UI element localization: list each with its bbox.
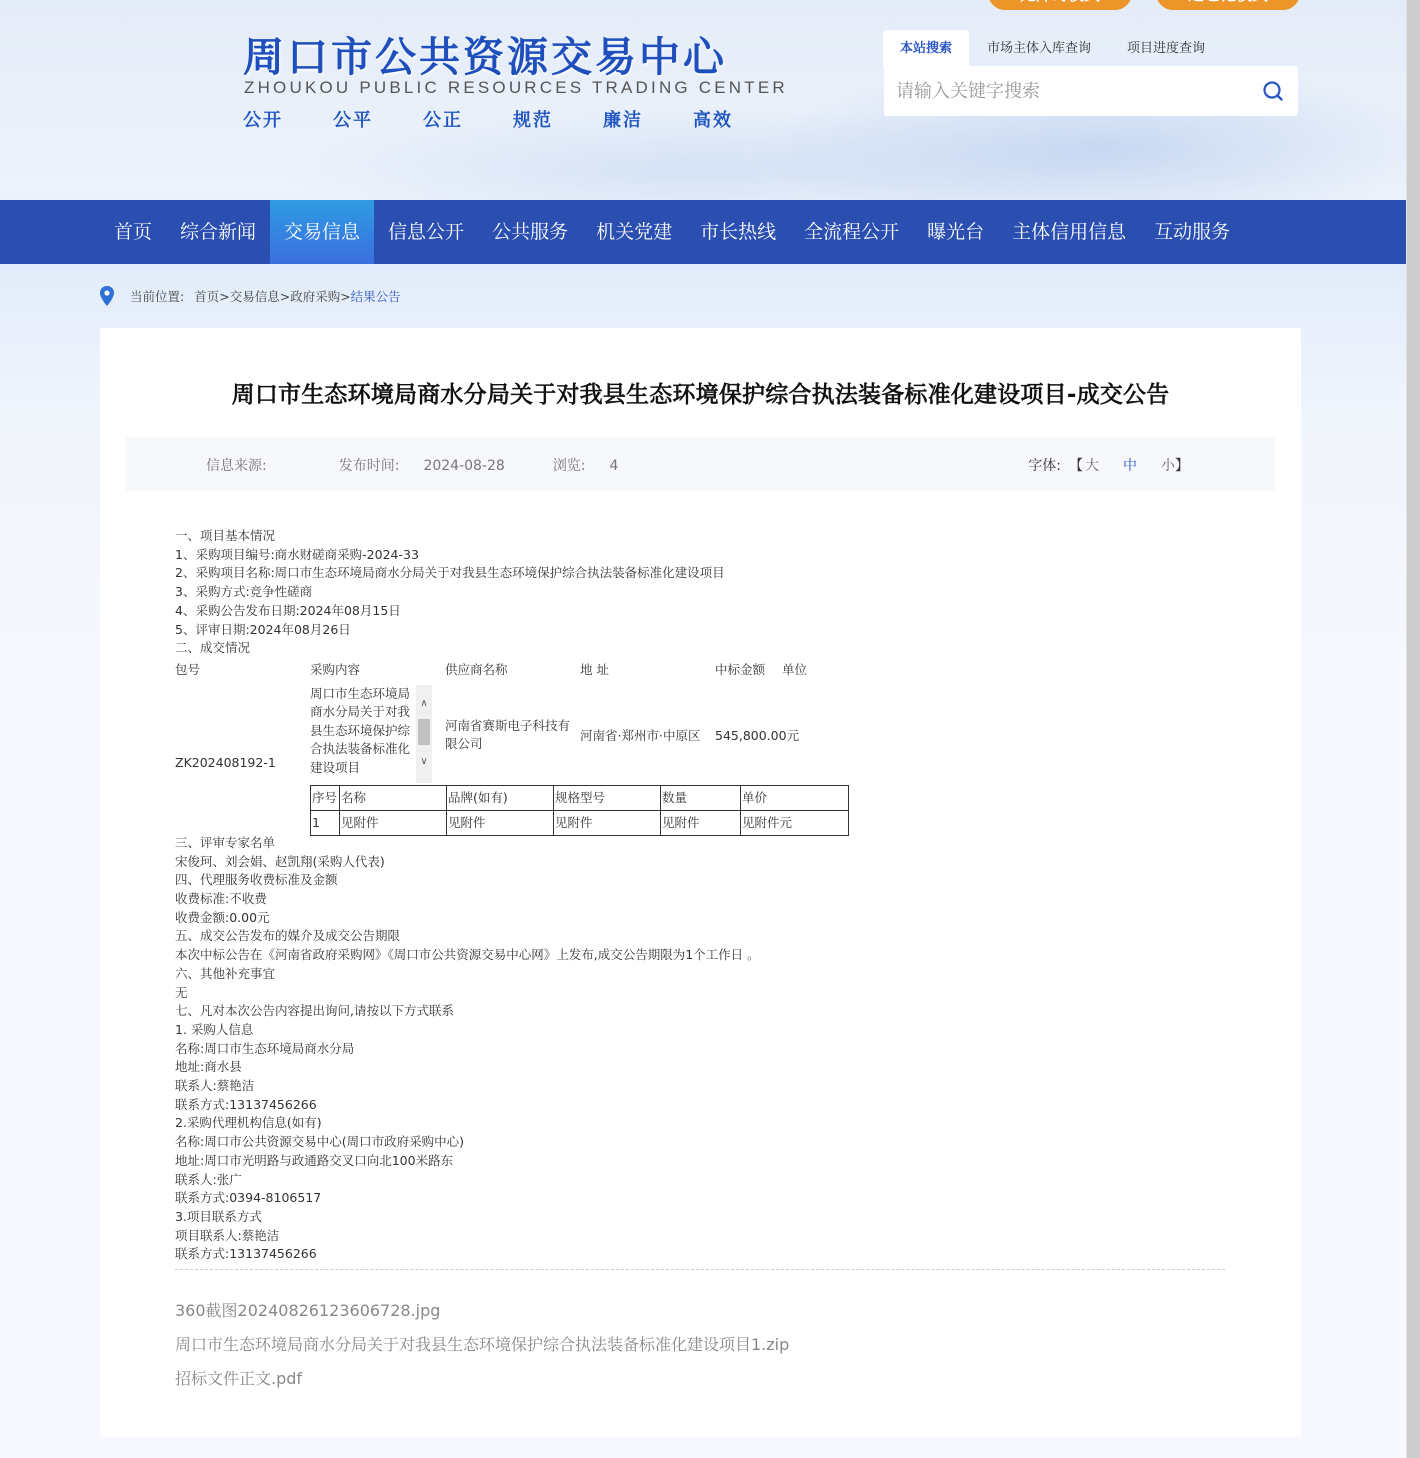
content-line: 项目联系人:蔡艳洁: [175, 1227, 1225, 1246]
content-line: 3.项目联系方式: [175, 1208, 1225, 1227]
scroll-up-icon[interactable]: ∧: [418, 697, 430, 711]
nav-public-service[interactable]: 公共服务: [478, 200, 582, 264]
slogan-item: 廉洁: [603, 106, 693, 132]
procurement-content: 周口市生态环境局商水分局关于对我县生态环境保护综合执法装备标准化建设项目: [310, 685, 414, 778]
deal-amount: 545,800.00元: [715, 727, 799, 746]
slogan-item: 公开: [243, 106, 333, 132]
search-box: [884, 66, 1298, 116]
attachment-link[interactable]: 360截图20240826123606728.jpg: [175, 1300, 789, 1334]
nav-news[interactable]: 综合新闻: [166, 200, 270, 264]
attachment-link[interactable]: 周口市生态环境局商水分局关于对我县生态环境保护综合执法装备标准化建设项目1.zi…: [175, 1334, 789, 1368]
article-card: 周口市生态环境局商水分局关于对我县生态环境保护综合执法装备标准化建设项目-成交公…: [100, 328, 1301, 1437]
tab-market-entity-query[interactable]: 市场主体入库查询: [969, 30, 1109, 66]
content-line: 3、采购方式:竞争性磋商: [175, 583, 1225, 602]
content-line: 名称:周口市公共资源交易中心(周口市政府采购中心): [175, 1133, 1225, 1152]
font-size-small[interactable]: 小: [1161, 455, 1175, 475]
source-label: 信息来源:: [206, 455, 315, 475]
breadcrumb-gov-procurement[interactable]: 政府采购>: [290, 287, 350, 305]
nav-trading-info[interactable]: 交易信息: [270, 200, 374, 264]
font-size-medium[interactable]: 中: [1123, 455, 1137, 475]
content-line: 联系方式:13137456266: [175, 1245, 1225, 1264]
content-line: 2、采购项目名称:周口市生态环境局商水分局关于对我县生态环境保护综合执法装备标准…: [175, 564, 1225, 583]
content-line: 5、评审日期:2024年08月26日: [175, 621, 1225, 640]
nav-credit-info[interactable]: 主体信用信息: [998, 200, 1140, 264]
items-table: 序号 名称 品牌(如有) 规格型号 数量 单价 1 见附件 见附件 见附件 见附…: [310, 785, 849, 836]
content-line: 1、采购项目编号:商水财磋商采购-2024-33: [175, 546, 1225, 565]
breadcrumb-label: 当前位置:: [130, 287, 184, 305]
content-line: 宋俊珂、刘会娟、赵凯翔(采购人代表): [175, 853, 1225, 872]
search-icon[interactable]: [1262, 80, 1284, 102]
main-nav: 首页 综合新闻 交易信息 信息公开 公共服务 机关党建 市长热线 全流程公开 曝…: [0, 200, 1406, 264]
col-content: 采购内容: [310, 661, 360, 680]
col-amount: 中标金额: [715, 661, 765, 680]
content-line: 联系方式:0394-8106517: [175, 1189, 1225, 1208]
scroll-thumb[interactable]: [418, 719, 430, 745]
article-body: 一、项目基本情况1、采购项目编号:商水财磋商采购-2024-332、采购项目名称…: [175, 527, 1225, 1264]
content-line: 一、项目基本情况: [175, 527, 1225, 546]
font-size-large[interactable]: 大: [1085, 455, 1099, 475]
nav-mayor-hotline[interactable]: 市长热线: [686, 200, 790, 264]
breadcrumb-trading-info[interactable]: 交易信息>: [230, 287, 290, 305]
content-line: 联系方式:13137456266: [175, 1096, 1225, 1115]
scroll-down-icon[interactable]: ∨: [418, 755, 430, 769]
slogan-item: 规范: [513, 106, 603, 132]
nav-home[interactable]: 首页: [100, 200, 166, 264]
content-line: 三、评审专家名单: [175, 834, 1225, 853]
project-basic-info: 一、项目基本情况1、采购项目编号:商水财磋商采购-2024-332、采购项目名称…: [175, 527, 1225, 658]
nav-info-disclosure[interactable]: 信息公开: [374, 200, 478, 264]
nav-party-building[interactable]: 机关党建: [582, 200, 686, 264]
content-line: 联系人:蔡艳洁: [175, 1077, 1225, 1096]
publish-date: 发布时间:2024-08-28: [339, 455, 529, 475]
site-header: 无障碍模式 适老化模式 周口市公共资源交易中心 ZHOUKOU PUBLIC R…: [0, 0, 1406, 200]
search-input[interactable]: [896, 66, 1256, 116]
table-header-row: 序号 名称 品牌(如有) 规格型号 数量 单价: [311, 785, 849, 810]
content-line: 地址:周口市光明路与政通路交叉口向北100米路东: [175, 1152, 1225, 1171]
nav-interaction[interactable]: 互动服务: [1140, 200, 1244, 264]
content-line: 五、成交公告发布的媒介及成交公告期限: [175, 927, 1225, 946]
content-divider: [175, 1269, 1225, 1270]
supplier-name: 河南省赛斯电子科技有限公司: [445, 717, 577, 754]
attachment-link[interactable]: 招标文件正文.pdf: [175, 1368, 789, 1402]
slogan-item: 公平: [333, 106, 423, 132]
content-line: 七、凡对本次公告内容提出询问,请按以下方式联系: [175, 1002, 1225, 1021]
notice-details: 三、评审专家名单宋俊珂、刘会娟、赵凯翔(采购人代表)四、代理服务收费标准及金额收…: [175, 834, 1225, 1264]
site-slogan: 公开 公平 公正 规范 廉洁 高效: [243, 106, 733, 132]
slogan-item: 公正: [423, 106, 513, 132]
content-line: 二、成交情况: [175, 639, 1225, 658]
table-row: 1 见附件 见附件 见附件 见附件 见附件元: [311, 810, 849, 835]
breadcrumb-result-notice[interactable]: 结果公告: [351, 287, 401, 305]
attachments-list: 360截图20240826123606728.jpg 周口市生态环境局商水分局关…: [175, 1300, 789, 1402]
article-title: 周口市生态环境局商水分局关于对我县生态环境保护综合执法装备标准化建设项目-成交公…: [100, 376, 1301, 409]
font-size-label: 字体:: [1028, 455, 1061, 475]
content-line: 六、其他补充事宜: [175, 965, 1225, 984]
view-count: 浏览:4: [553, 455, 643, 475]
nav-exposure[interactable]: 曝光台: [913, 200, 998, 264]
supplier-address: 河南省·郑州市·中原区: [580, 727, 700, 746]
col-package-no: 包号: [175, 661, 200, 680]
content-line: 地址:商水县: [175, 1058, 1225, 1077]
scrollbar[interactable]: ∧ ∨: [416, 685, 432, 783]
accessibility-mode-button[interactable]: 无障碍模式: [988, 0, 1132, 10]
location-pin-icon: [100, 286, 114, 306]
content-line: 联系人:张广: [175, 1171, 1225, 1190]
content-scroll-box[interactable]: 周口市生态环境局商水分局关于对我县生态环境保护综合执法装备标准化建设项目 ∧ ∨: [310, 685, 432, 783]
nav-full-process[interactable]: 全流程公开: [790, 200, 913, 264]
col-supplier: 供应商名称: [445, 661, 508, 680]
site-logo-subtitle: ZHOUKOU PUBLIC RESOURCES TRADING CENTER: [244, 78, 788, 98]
content-line: 4、采购公告发布日期:2024年08月15日: [175, 602, 1225, 621]
elderly-mode-button[interactable]: 适老化模式: [1156, 0, 1300, 10]
content-line: 1. 采购人信息: [175, 1021, 1225, 1040]
page: 无障碍模式 适老化模式 周口市公共资源交易中心 ZHOUKOU PUBLIC R…: [0, 0, 1406, 1458]
search-tabs: 本站搜索 市场主体入库查询 项目进度查询: [883, 30, 1223, 66]
content-line: 2.采购代理机构信息(如有): [175, 1114, 1225, 1133]
deal-table: 包号 采购内容 供应商名称 地 址 中标金额 单位 ZK202408192-1 …: [175, 658, 1225, 834]
col-unit: 单位: [782, 661, 807, 680]
package-no: ZK202408192-1: [175, 754, 276, 773]
content-line: 本次中标公告在《河南省政府采购网》《周口市公共资源交易中心网》上发布,成交公告期…: [175, 946, 1225, 965]
tab-site-search[interactable]: 本站搜索: [883, 30, 969, 66]
tab-project-progress-query[interactable]: 项目进度查询: [1109, 30, 1223, 66]
content-line: 四、代理服务收费标准及金额: [175, 871, 1225, 890]
site-logo-title[interactable]: 周口市公共资源交易中心: [243, 24, 727, 83]
breadcrumb-home[interactable]: 首页>: [194, 287, 229, 305]
content-line: 收费标准:不收费: [175, 890, 1225, 909]
article-meta-bar: 信息来源: 发布时间:2024-08-28 浏览:4 字体: 【 大 中 小 】: [126, 437, 1275, 491]
col-address: 地 址: [580, 661, 609, 680]
page-scrollbar[interactable]: [1406, 0, 1420, 1458]
breadcrumb: 当前位置: 首页> 交易信息> 政府采购> 结果公告: [100, 284, 401, 308]
content-line: 名称:周口市生态环境局商水分局: [175, 1040, 1225, 1059]
font-size-switcher: 字体: 【 大 中 小 】: [1028, 455, 1189, 475]
content-line: 无: [175, 984, 1225, 1003]
content-line: 收费金额:0.00元: [175, 909, 1225, 928]
slogan-item: 高效: [693, 106, 733, 132]
